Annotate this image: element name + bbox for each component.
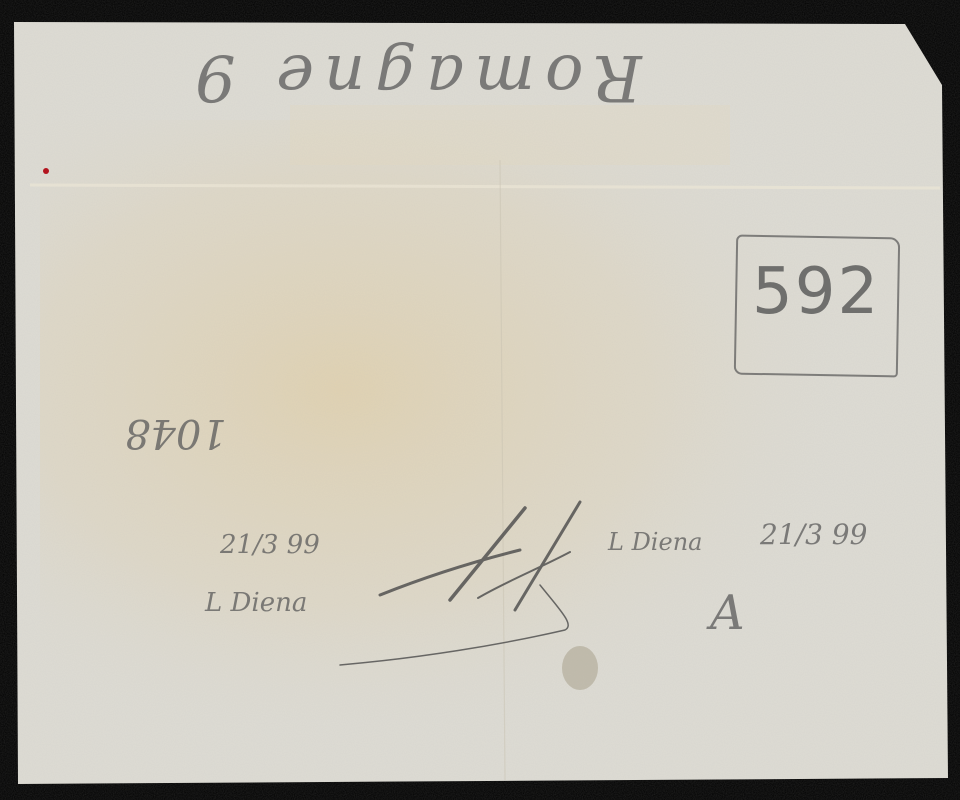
red-mark	[43, 168, 49, 174]
right-date: 21/3 99	[760, 518, 867, 551]
boxed-number: 592	[752, 255, 880, 329]
inverted-note-1048: 1048	[125, 410, 227, 456]
inverted-note-romagne: Romagne 9	[185, 40, 642, 114]
left-date: 21/3 99	[220, 530, 320, 560]
right-monogram: A	[710, 585, 745, 641]
right-signature: L Diena	[608, 528, 702, 556]
paper-fragment	[0, 0, 960, 800]
left-signature: L Diena	[205, 588, 307, 618]
